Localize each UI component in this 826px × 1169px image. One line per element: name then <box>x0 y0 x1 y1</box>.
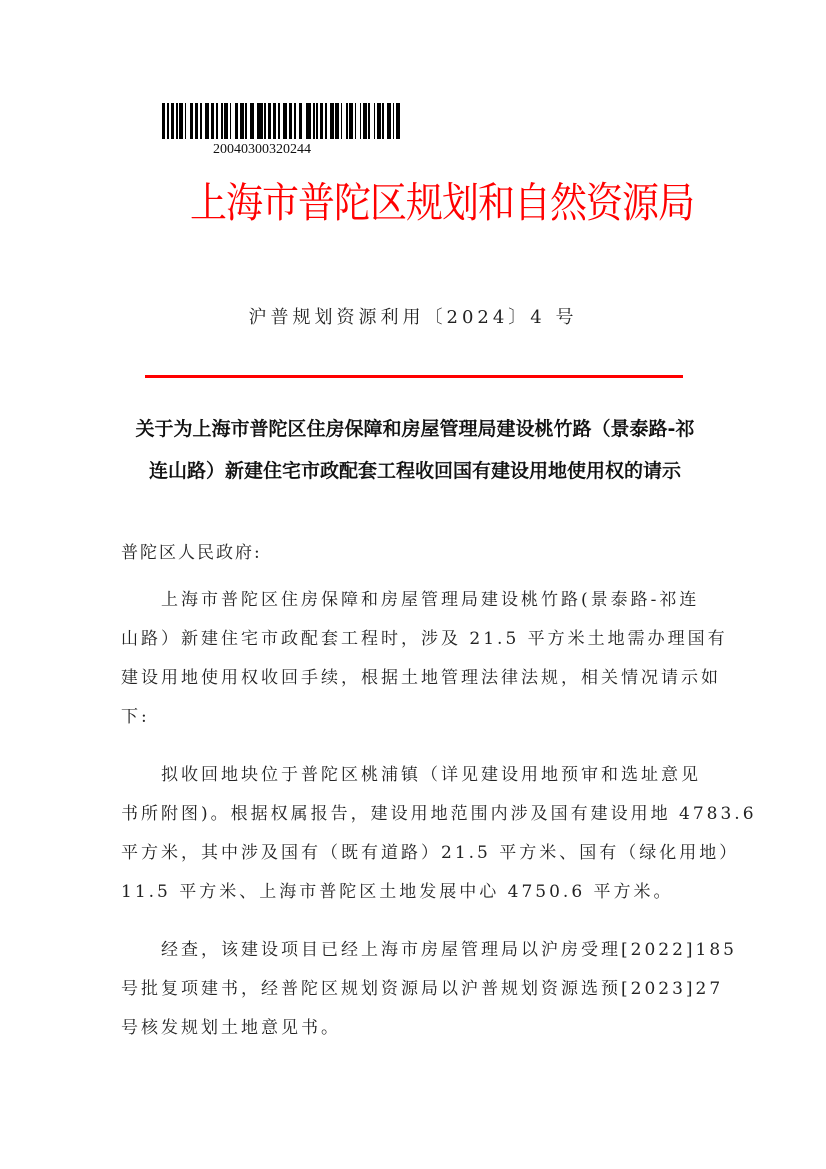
barcode-bar <box>396 103 399 139</box>
paragraph-line: 拟收回地块位于普陀区桃浦镇（详见建设用地预审和选址意见 <box>121 756 711 795</box>
paragraph-line: 山路）新建住宅市政配套工程时，涉及 21.5 平方米土地需办理国有 <box>121 620 711 659</box>
paragraph-line: 建设用地使用权收回手续，根据土地管理法律法规，相关情况请示如 <box>121 659 711 698</box>
red-divider-rule <box>145 375 683 378</box>
paragraph-line: 书所附图)。根据权属报告，建设用地范围内涉及国有建设用地 4783.6 <box>121 795 711 834</box>
subject-line: 关于为上海市普陀区住房保障和房屋管理局建设桃竹路（景泰路-祁 <box>120 408 710 450</box>
body-paragraph: 上海市普陀区住房保障和房屋管理局建设桃竹路(景泰路-祁连 山路）新建住宅市政配套… <box>121 581 711 737</box>
subject-line: 连山路）新建住宅市政配套工程收回国有建设用地使用权的请示 <box>120 450 710 492</box>
body-paragraph: 拟收回地块位于普陀区桃浦镇（详见建设用地预审和选址意见 书所附图)。根据权属报告… <box>121 756 711 912</box>
paragraph-line: 经查，该建设项目已经上海市房屋管理局以沪房受理[2022]185 <box>121 931 711 970</box>
barcode <box>162 103 400 139</box>
agency-title: 上海市普陀区规划和自然资源局 <box>190 172 640 235</box>
document-number: 沪普规划资源利用〔2024〕4 号 <box>0 303 826 329</box>
barcode-number: 20040300320244 <box>213 142 311 158</box>
paragraph-line: 下: <box>121 698 711 737</box>
paragraph-line: 平方米，其中涉及国有（既有道路）21.5 平方米、国有（绿化用地） <box>121 834 711 873</box>
body-paragraph: 经查，该建设项目已经上海市房屋管理局以沪房受理[2022]185 号批复项建书，… <box>121 931 711 1048</box>
paragraph-line: 11.5 平方米、上海市普陀区土地发展中心 4750.6 平方米。 <box>121 873 711 912</box>
paragraph-line: 号核发规划土地意见书。 <box>121 1009 711 1048</box>
document-subject: 关于为上海市普陀区住房保障和房屋管理局建设桃竹路（景泰路-祁 连山路）新建住宅市… <box>120 408 710 492</box>
paragraph-line: 上海市普陀区住房保障和房屋管理局建设桃竹路(景泰路-祁连 <box>121 581 711 620</box>
paragraph-line: 号批复项建书，经普陀区规划资源局以沪普规划资源选预[2023]27 <box>121 970 711 1009</box>
addressee: 普陀区人民政府: <box>121 538 711 568</box>
